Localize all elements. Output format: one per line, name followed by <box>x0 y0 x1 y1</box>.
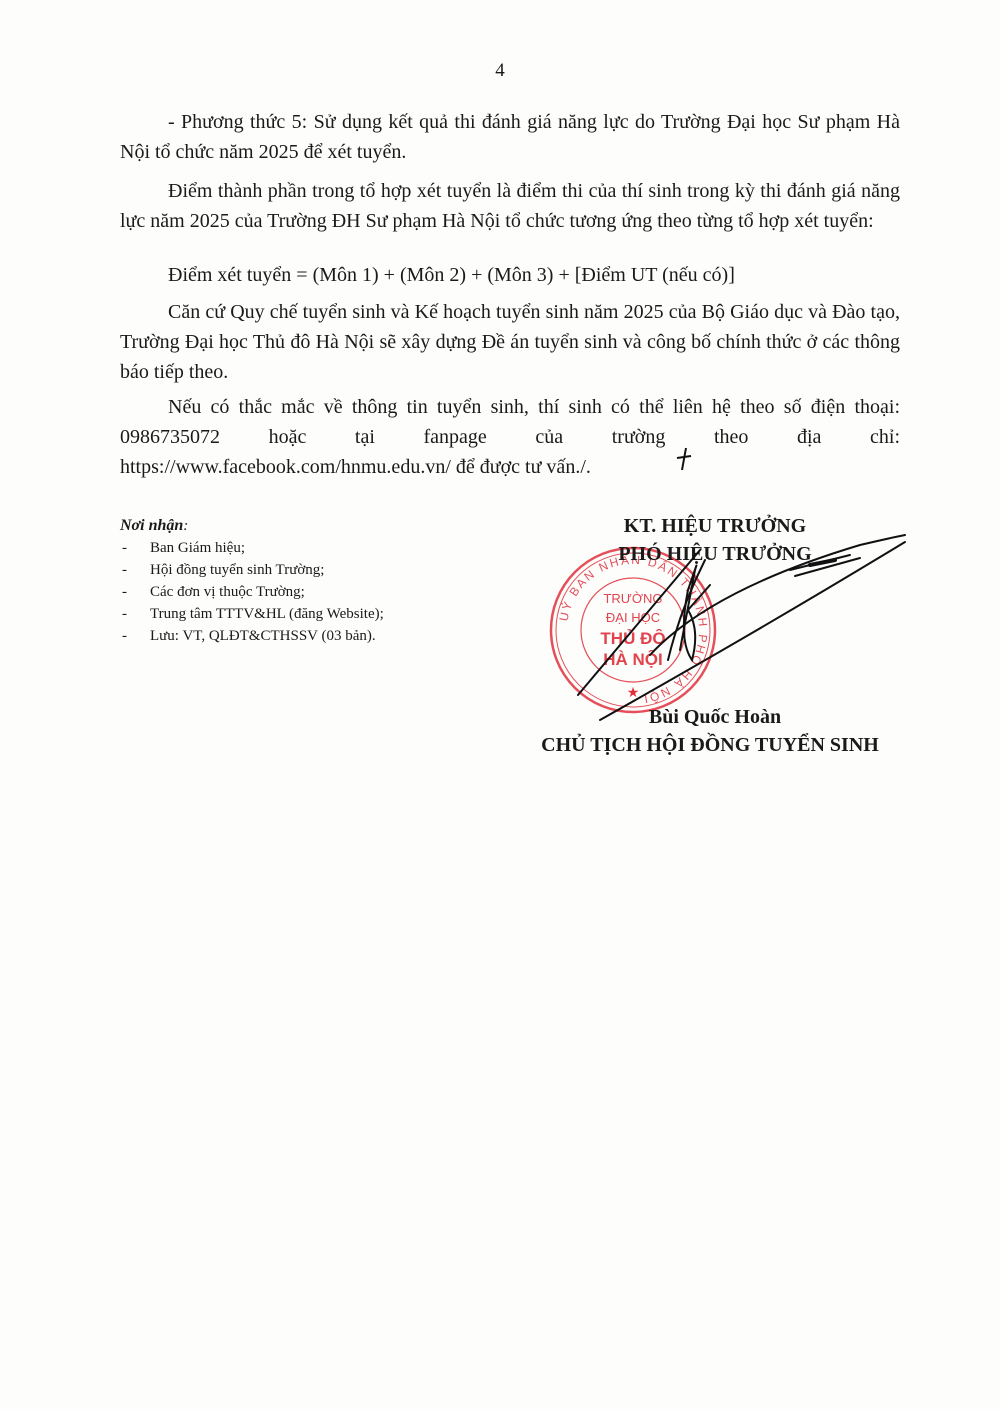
paragraph-text: Điểm thành phần trong tổ hợp xét tuyển l… <box>120 176 900 236</box>
signer-role: CHỦ TỊCH HỘI ĐỒNG TUYỂN SINH <box>500 734 920 757</box>
recipient-item: Ban Giám hiệu; <box>120 537 384 559</box>
paragraph-contact: Nếu có thắc mắc về thông tin tuyển sinh,… <box>120 392 900 482</box>
recipient-item: Hội đồng tuyển sinh Trường; <box>120 559 384 581</box>
recipients-title: Nơi nhận: <box>120 515 384 537</box>
recipients-title-text: Nơi nhận <box>120 517 183 534</box>
paragraph-text: Căn cứ Quy chế tuyển sinh và Kế hoạch tu… <box>120 297 900 387</box>
contact-text: Nếu có thắc mắc về thông tin tuyển sinh,… <box>120 392 900 452</box>
paragraph-method-5: - Phương thức 5: Sử dụng kết quả thi đán… <box>120 107 900 167</box>
fanpage-link[interactable]: https://www.facebook.com/hnmu.edu.vn/ để… <box>120 456 591 478</box>
recipients-title-colon: : <box>183 518 188 534</box>
recipient-item: Trung tâm TTTV&HL (đăng Website); <box>120 603 384 625</box>
recipients-list: Ban Giám hiệu; Hội đồng tuyển sinh Trườn… <box>120 537 384 647</box>
admission-formula: Điểm xét tuyển = (Môn 1) + (Môn 2) + (Mô… <box>120 260 900 290</box>
recipients-block: Nơi nhận: Ban Giám hiệu; Hội đồng tuyển … <box>120 515 384 647</box>
paragraph-regulation: Căn cứ Quy chế tuyển sinh và Kế hoạch tu… <box>120 297 900 387</box>
handwritten-tick-icon <box>674 447 694 477</box>
recipient-item: Các đơn vị thuộc Trường; <box>120 581 384 603</box>
paragraph-text: - Phương thức 5: Sử dụng kết quả thi đán… <box>120 107 900 167</box>
formula-text: Điểm xét tuyển = (Môn 1) + (Môn 2) + (Mô… <box>120 260 900 290</box>
recipient-item: Lưu: VT, QLĐT&CTHSSV (03 bản). <box>120 625 384 647</box>
paragraph-component-score: Điểm thành phần trong tổ hợp xét tuyển l… <box>120 176 900 236</box>
handwritten-signature-icon <box>560 530 920 730</box>
contact-url-line: https://www.facebook.com/hnmu.edu.vn/ để… <box>120 452 900 482</box>
page-number: 4 <box>0 60 1000 82</box>
